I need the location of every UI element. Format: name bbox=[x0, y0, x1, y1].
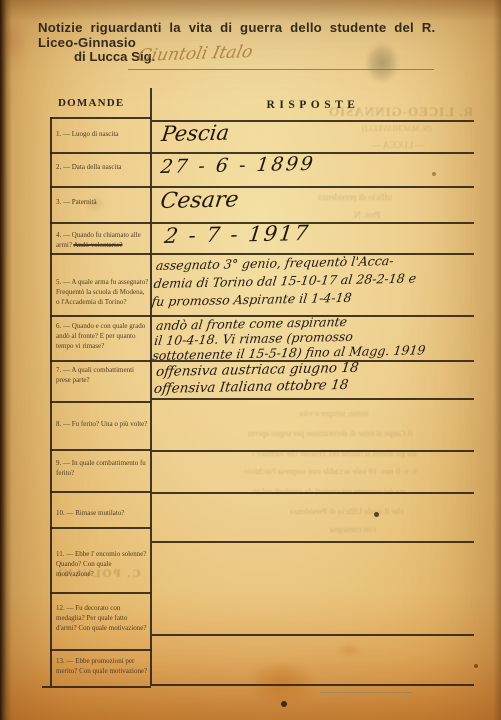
question-11: 11. — Ebbe l' encomio solenne? Quando? C… bbox=[56, 550, 149, 580]
answer-6-handwritten: andò al fronte come aspirante il 10-4-18… bbox=[152, 312, 430, 363]
question-number: 9. bbox=[56, 459, 61, 467]
question-number: 7. bbox=[56, 366, 61, 374]
column-header-domande: DOMANDE bbox=[58, 97, 124, 109]
question-8: 8. — Fu ferito? Una o più volte? bbox=[56, 420, 149, 430]
answer-2-handwritten: 27 - 6 - 1899 bbox=[159, 153, 316, 178]
question-number: 1. bbox=[56, 130, 61, 138]
question-text: — A quale arma fu assegnato? Frequentò l… bbox=[56, 278, 148, 306]
answer-1-handwritten: Pescia bbox=[160, 121, 230, 146]
bleedthrough-text: ufficio di presidenza bbox=[318, 192, 392, 202]
answer-7-handwritten: offensiva austriaca giugno 18 offensiva … bbox=[153, 360, 360, 398]
question-9: 9. — In quale combattimento fu ferito? bbox=[56, 459, 149, 479]
paper-speck bbox=[432, 172, 436, 176]
question-1: 1. — Luogo di nascita bbox=[56, 130, 149, 140]
paper-speck bbox=[281, 701, 287, 707]
bleedthrough-text: Prot. N. bbox=[352, 210, 380, 220]
question-number: 5. bbox=[56, 278, 61, 286]
answer-line: offensiva Italiana ottobre 18 bbox=[153, 377, 358, 398]
table-grid-line bbox=[152, 684, 474, 686]
question-text: — Luogo di nascita bbox=[63, 130, 118, 138]
table-grid-line bbox=[50, 360, 151, 362]
table-column-divider bbox=[150, 88, 152, 686]
table-grid-line bbox=[50, 315, 151, 317]
question-text-struck: Andò volontario? bbox=[73, 241, 122, 249]
question-text: — Ebbe l' encomio solenne? Quando? Con q… bbox=[56, 550, 146, 578]
table-grid-line bbox=[50, 152, 151, 154]
page-edge-shadow-left bbox=[0, 0, 12, 720]
table-grid-line bbox=[152, 541, 474, 543]
table-grid-line bbox=[50, 186, 151, 188]
question-number: 11. bbox=[56, 550, 65, 558]
table-grid-line bbox=[50, 592, 151, 594]
bleedthrough-text: il Corpo si mise di decorazione per segn… bbox=[248, 428, 412, 438]
table-grid-line bbox=[50, 449, 151, 451]
table-grid-line bbox=[50, 527, 151, 529]
question-text: — Data della nascita bbox=[63, 163, 122, 171]
table-grid-line bbox=[50, 253, 151, 255]
bleedthrough-text: S. e. lì nov. 19 vale accadde con sorpre… bbox=[244, 466, 417, 476]
question-number: 8. bbox=[56, 420, 61, 428]
question-number: 13. bbox=[56, 657, 65, 665]
table-grid-line bbox=[152, 634, 474, 636]
question-4: 4. — Quando fu chiamato alle armi? Andò … bbox=[56, 231, 149, 251]
question-text: — Paternità bbox=[63, 198, 97, 206]
question-number: 6. bbox=[56, 322, 61, 330]
question-3: 3. — Paternità bbox=[56, 198, 149, 208]
question-text: — Fu decorato con medaglia? Per quale fa… bbox=[56, 604, 146, 632]
paper-stain bbox=[336, 642, 362, 658]
paper-speck bbox=[374, 512, 379, 517]
question-13: 13. — Ebbe promozioni per merito? Con qu… bbox=[56, 657, 149, 677]
scanned-document-page: R. LICEO-GINNASIO (N. MACHIAVELLI) — LUC… bbox=[0, 0, 501, 720]
question-2: 2. — Data della nascita bbox=[56, 163, 149, 173]
table-grid-line bbox=[152, 450, 474, 452]
question-5: 5. — A quale arma fu assegnato? Frequent… bbox=[56, 278, 149, 308]
question-text: — In quale combattimento fu ferito? bbox=[56, 459, 146, 477]
paper-speck bbox=[474, 664, 478, 668]
table-grid-line bbox=[152, 492, 474, 494]
question-number: 12. bbox=[56, 604, 65, 612]
table-grid-line bbox=[50, 401, 151, 403]
answer-3-handwritten: Cesare bbox=[159, 187, 240, 214]
table-grid-line bbox=[42, 686, 151, 688]
question-6: 6. — Quando e con quale grado andò al fr… bbox=[56, 322, 149, 352]
faint-rule-mark bbox=[320, 692, 412, 693]
question-text: — Ebbe promozioni per merito? Con quale … bbox=[56, 657, 147, 675]
column-header-risposte: RISPOSTE bbox=[152, 99, 474, 111]
question-number: 3. bbox=[56, 198, 61, 206]
question-10: 10. — Rimase mutilato? bbox=[56, 509, 149, 519]
bleedthrough-text: nome, sempre e vita bbox=[300, 408, 368, 418]
question-number: 4. bbox=[56, 231, 61, 239]
question-number: 2. bbox=[56, 163, 61, 171]
question-number: 10. bbox=[56, 509, 65, 517]
form-title-line1: Notizie riguardanti la vita di guerra de… bbox=[38, 20, 472, 50]
question-text: — A quali combattimenti prese parte? bbox=[56, 366, 134, 384]
question-text: — Fu ferito? Una o più volte? bbox=[63, 420, 147, 428]
question-text: — Rimase mutilato? bbox=[67, 509, 125, 517]
question-text: — Quando e con quale grado andò al front… bbox=[56, 322, 145, 350]
student-name-handwritten: Giuntoli Italo bbox=[136, 42, 255, 66]
page-edge-shadow-right bbox=[493, 0, 501, 720]
table-grid-line bbox=[50, 117, 151, 119]
answer-5-handwritten: assegnato 3° genio, frequentò l'Acca- de… bbox=[150, 252, 419, 312]
table-grid-line bbox=[50, 491, 151, 493]
bleedthrough-text: che il quale Ufficio di Presidenza bbox=[290, 506, 403, 516]
table-grid-line bbox=[50, 222, 151, 224]
paper-stain bbox=[250, 662, 314, 704]
bleedthrough-school-stamp-line2: (N. MACHIAVELLI) bbox=[362, 124, 432, 133]
bleedthrough-school-stamp-line3: — LUCCA — bbox=[372, 140, 425, 150]
question-7: 7. — A quali combattimenti prese parte? bbox=[56, 366, 149, 386]
signature-line bbox=[128, 69, 434, 70]
table-grid-line bbox=[50, 649, 151, 651]
bleedthrough-text: con consegna bbox=[330, 524, 376, 534]
bleedthrough-text: sta del corrente sui ritenuti da condurl… bbox=[250, 486, 406, 496]
answer-4-handwritten: 2 - 7 - 1917 bbox=[163, 221, 311, 248]
question-12: 12. — Fu decorato con medaglia? Per qual… bbox=[56, 604, 149, 634]
table-grid-line bbox=[152, 398, 474, 400]
